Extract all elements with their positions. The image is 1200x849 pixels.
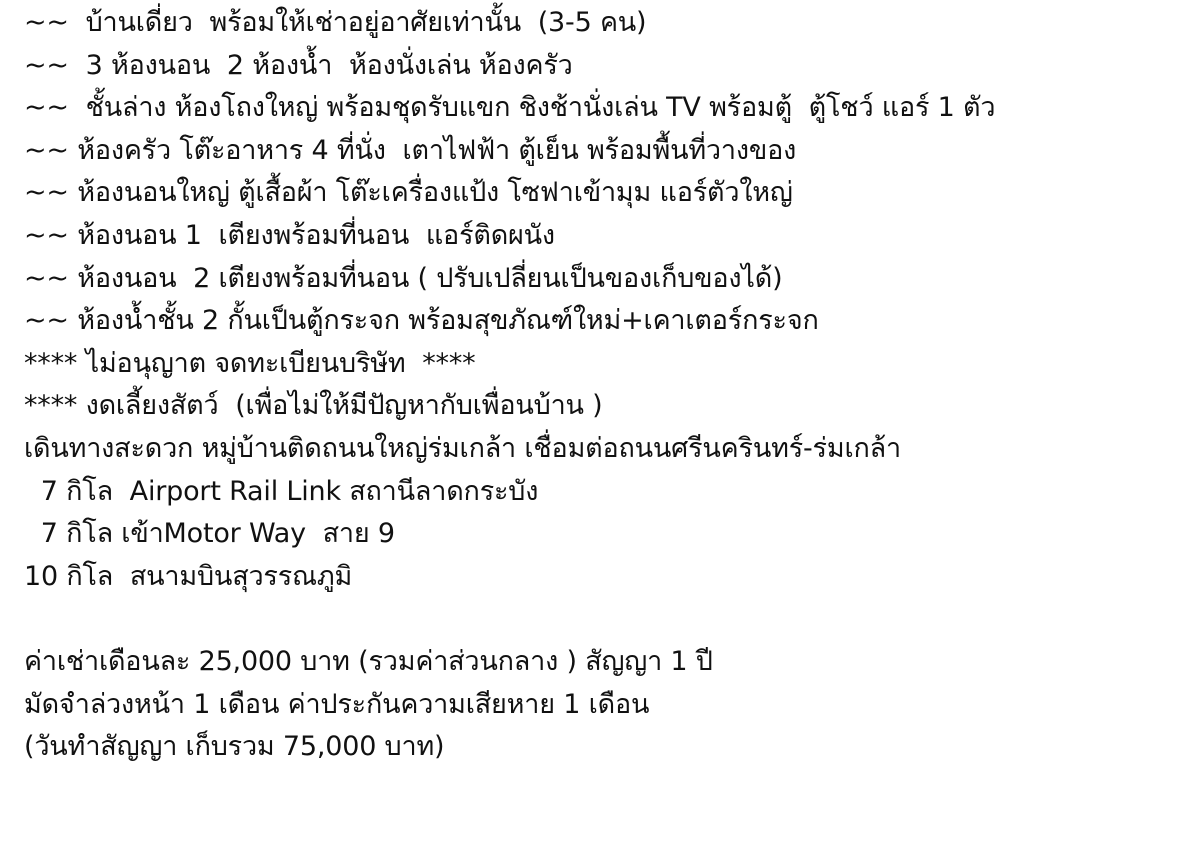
feature-line-ground-floor: ~~ ชั้นล่าง ห้องโถงใหญ่ พร้อมชุดรับแขก ช… xyxy=(24,87,1194,130)
feature-line-bathroom: ~~ ห้องน้ำชั้น 2 กั้นเป็นตู้กระจก พร้อมส… xyxy=(24,300,1194,343)
feature-line-kitchen: ~~ ห้องครัว โต๊ะอาหาร 4 ที่นั่ง เตาไฟฟ้า… xyxy=(24,130,1194,173)
distance-suvarnabhumi-airport: 10 กิโล สนามบินสุวรรณภูมิ xyxy=(24,556,1194,599)
feature-line-master-bedroom: ~~ ห้องนอนใหญ่ ตู้เสื้อผ้า โต๊ะเครื่องแป… xyxy=(24,172,1194,215)
rental-listing-document: ~~ บ้านเดี่ยว พร้อมให้เช่าอยู่อาศัยเท่าน… xyxy=(24,2,1194,769)
distance-airport-rail-link: 7 กิโล Airport Rail Link สถานีลาดกระบัง xyxy=(24,471,1194,514)
distance-motorway: 7 กิโล เข้าMotor Way สาย 9 xyxy=(24,513,1194,556)
feature-line-rooms: ~~ 3 ห้องนอน 2 ห้องน้ำ ห้องนั่งเล่น ห้อง… xyxy=(24,45,1194,88)
blank-spacer xyxy=(24,598,1194,641)
rule-line-no-company-registration: **** ไม่อนุญาต จดทะเบียนบริษัท **** xyxy=(24,343,1194,386)
pricing-monthly-rent: ค่าเช่าเดือนละ 25,000 บาท (รวมค่าส่วนกลา… xyxy=(24,641,1194,684)
location-intro: เดินทางสะดวก หมู่บ้านติดถนนใหญ่ร่มเกล้า … xyxy=(24,428,1194,471)
feature-line-house-type: ~~ บ้านเดี่ยว พร้อมให้เช่าอยู่อาศัยเท่าน… xyxy=(24,2,1194,45)
feature-line-bedroom-2: ~~ ห้องนอน 2 เตียงพร้อมที่นอน ( ปรับเปลี… xyxy=(24,258,1194,301)
feature-line-bedroom-1: ~~ ห้องนอน 1 เตียงพร้อมที่นอน แอร์ติดผนั… xyxy=(24,215,1194,258)
pricing-total-on-signing: (วันทำสัญญา เก็บรวม 75,000 บาท) xyxy=(24,726,1194,769)
rule-line-no-pets: **** งดเลี้ยงสัตว์ (เพื่อไม่ให้มีปัญหากั… xyxy=(24,385,1194,428)
pricing-deposit: มัดจำล่วงหน้า 1 เดือน ค่าประกันความเสียห… xyxy=(24,684,1194,727)
